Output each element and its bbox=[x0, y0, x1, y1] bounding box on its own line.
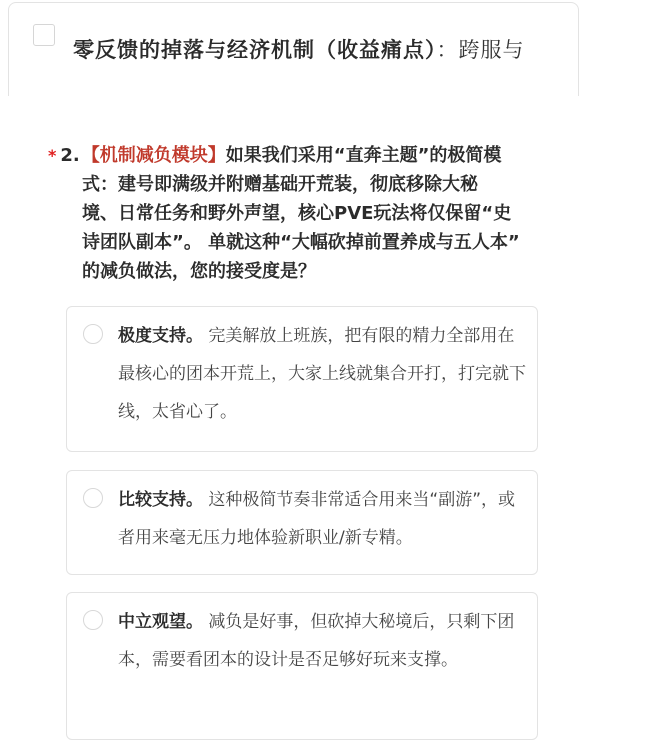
question-2: * 2. 【机制减负模块】 如果我们采用“直奔主题”的极简模 式：建号即满级并附… bbox=[48, 141, 548, 286]
survey-page: 零反馈的掉落与经济机制（收益痛点）：跨服与 个人拾取导致欧非差距巨大，辛苦一晚上… bbox=[0, 0, 651, 743]
separator: ： bbox=[437, 38, 459, 62]
checkbox[interactable] bbox=[33, 24, 55, 46]
question-body: 式：建号即满级并附赠基础开荒装，彻底移除大秘 境、日常任务和野外声望，核心PVE… bbox=[48, 170, 548, 286]
question-text-line: 如果我们采用“直奔主题”的极简模 bbox=[226, 141, 502, 170]
previous-option-text: 零反馈的掉落与经济机制（收益痛点）：跨服与 个人拾取导致欧非差距巨大，辛苦一晚上… bbox=[73, 21, 573, 96]
option-strongly-support[interactable]: 极度支持。 完美解放上班族，把有限的精力全部用在最核心的团本开荒上，大家上线就集… bbox=[66, 306, 538, 452]
question-tag: 【机制减负模块】 bbox=[82, 141, 226, 170]
option-label: 中立观望。 bbox=[118, 612, 203, 632]
previous-option-card[interactable]: 零反馈的掉落与经济机制（收益痛点）：跨服与 个人拾取导致欧非差距巨大，辛苦一晚上… bbox=[8, 2, 579, 96]
option-neutral[interactable]: 中立观望。 减负是好事，但砍掉大秘境后，只剩下团本，需要看团本的设计是否足够好玩… bbox=[66, 592, 538, 740]
option-text: 极度支持。 完美解放上班族，把有限的精力全部用在最核心的团本开荒上，大家上线就集… bbox=[118, 317, 528, 431]
question-text-line: 的减负做法，您的接受度是？ bbox=[82, 257, 548, 286]
question-number: 2. bbox=[60, 141, 79, 170]
previous-option-desc-line1: 跨服与 bbox=[459, 38, 525, 62]
previous-question-clip: 零反馈的掉落与经济机制（收益痛点）：跨服与 个人拾取导致欧非差距巨大，辛苦一晚上… bbox=[0, 0, 651, 96]
question-text-line: 式：建号即满级并附赠基础开荒装，彻底移除大秘 bbox=[82, 170, 548, 199]
question-text-line: 境、日常任务和野外声望，核心PVE玩法将仅保留“史 bbox=[82, 199, 548, 228]
option-label: 比较支持。 bbox=[118, 490, 203, 510]
option-label: 极度支持。 bbox=[118, 326, 203, 346]
radio-button[interactable] bbox=[83, 488, 103, 508]
option-text: 中立观望。 减负是好事，但砍掉大秘境后，只剩下团本，需要看团本的设计是否足够好玩… bbox=[118, 603, 528, 679]
question-text-line: 诗团队副本”。 单就这种“大幅砍掉前置养成与五人本” bbox=[82, 228, 548, 257]
radio-button[interactable] bbox=[83, 610, 103, 630]
option-somewhat-support[interactable]: 比较支持。 这种极简节奏非常适合用来当“副游”，或者用来毫无压力地体验新职业/新… bbox=[66, 470, 538, 575]
previous-option-title: 零反馈的掉落与经济机制（收益痛点） bbox=[73, 38, 437, 62]
radio-button[interactable] bbox=[83, 324, 103, 344]
required-mark: * bbox=[48, 141, 56, 170]
option-text: 比较支持。 这种极简节奏非常适合用来当“副游”，或者用来毫无压力地体验新职业/新… bbox=[118, 481, 528, 557]
